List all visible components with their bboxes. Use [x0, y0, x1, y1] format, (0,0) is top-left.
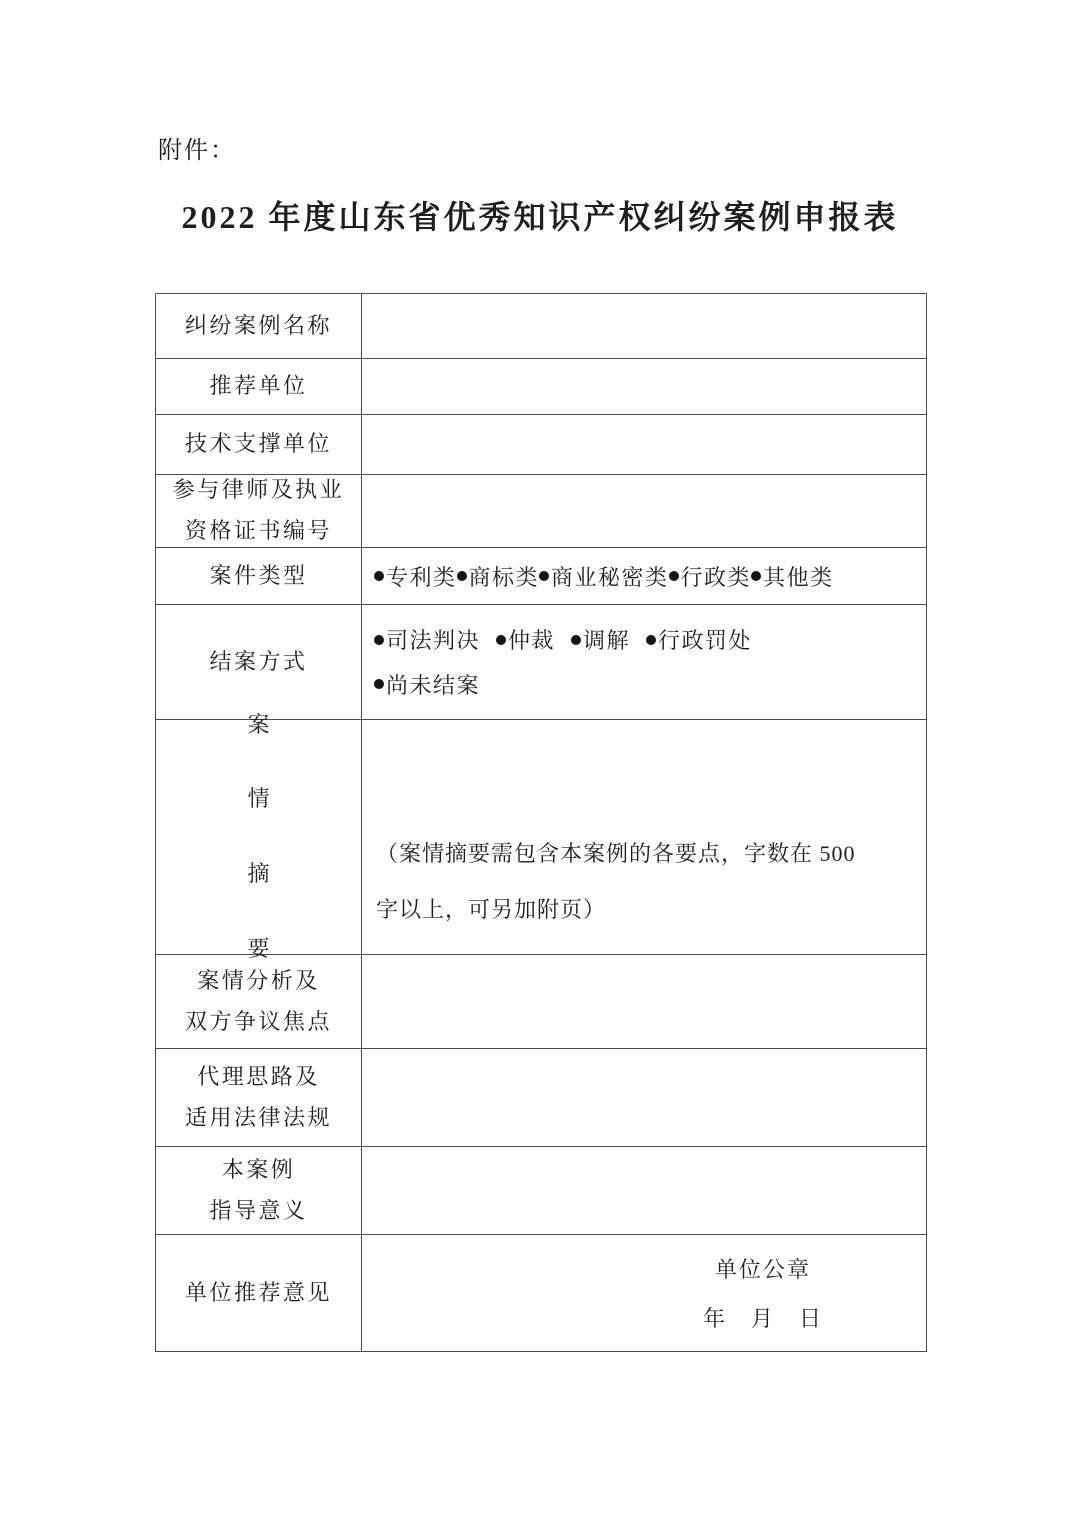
- radio-bullet-icon: [646, 635, 656, 645]
- option-label: 调解: [583, 624, 630, 655]
- unit-seal-label: 单位公章: [658, 1253, 868, 1284]
- case-summary-label: 案 情 摘 要: [156, 720, 362, 954]
- option-administrative-penalty: 行政罚处: [646, 624, 752, 655]
- radio-bullet-icon: [374, 679, 384, 689]
- option-label: 商业秘密类: [551, 561, 669, 592]
- date-label: 年 月 日: [658, 1302, 868, 1333]
- option-label: 其他类: [763, 561, 834, 592]
- radio-bullet-icon: [571, 635, 581, 645]
- radio-bullet-icon: [374, 635, 384, 645]
- closing-method-options: 司法判决 仲裁 调解 行政罚处 尚未结案: [362, 605, 926, 719]
- option-label: 仲裁: [508, 624, 555, 655]
- recommending-unit-field: [362, 359, 926, 414]
- attachment-label: 附件：: [158, 130, 236, 165]
- option-label: 行政类: [681, 561, 752, 592]
- option-label: 司法判决: [386, 624, 480, 655]
- option-arbitration: 仲裁: [496, 624, 555, 655]
- unit-recommendation-field: 单位公章 年 月 日: [362, 1235, 926, 1351]
- vertical-label-char: 案: [247, 705, 269, 746]
- table-row-case-type: 案件类型 专利类 商标类 商业秘密类 行政类 其他类: [156, 547, 926, 604]
- option-not-closed: 尚未结案: [374, 669, 480, 700]
- case-type-options: 专利类 商标类 商业秘密类 行政类 其他类: [362, 548, 926, 604]
- tech-support-unit-field: [362, 415, 926, 474]
- option-mediation: 调解: [571, 624, 630, 655]
- page-title: 2022 年度山东省优秀知识产权纠纷案例申报表: [0, 192, 1080, 238]
- option-trademark: 商标类: [457, 561, 540, 592]
- option-label: 商标类: [469, 561, 540, 592]
- radio-bullet-icon: [496, 635, 506, 645]
- table-row-closing-method: 结案方式 司法判决 仲裁 调解 行政罚处 尚未结案: [156, 604, 926, 719]
- case-analysis-label: 案情分析及 双方争议焦点: [156, 955, 362, 1048]
- case-summary-note: （案情摘要需包含本案例的各要点，字数在 500 字以上，可另加附页）: [376, 826, 856, 938]
- radio-bullet-icon: [751, 571, 761, 581]
- case-name-label: 纠纷案例名称: [156, 294, 362, 358]
- radio-bullet-icon: [539, 571, 549, 581]
- option-label: 尚未结案: [386, 669, 480, 700]
- tech-support-unit-label: 技术支撑单位: [156, 415, 362, 474]
- radio-bullet-icon: [669, 571, 679, 581]
- table-row-unit-recommendation: 单位推荐意见 单位公章 年 月 日: [156, 1234, 926, 1351]
- table-row-recommending-unit: 推荐单位: [156, 358, 926, 414]
- case-type-label: 案件类型: [156, 548, 362, 604]
- application-form-table: 纠纷案例名称 推荐单位 技术支撑单位 参与律师及执业 资格证书编号 案件类型 专…: [155, 293, 927, 1352]
- option-trade-secret: 商业秘密类: [539, 561, 669, 592]
- radio-bullet-icon: [457, 571, 467, 581]
- table-row-case-name: 纠纷案例名称: [156, 294, 926, 358]
- option-label: 专利类: [386, 561, 457, 592]
- closing-method-label: 结案方式: [156, 605, 362, 719]
- option-other: 其他类: [751, 561, 834, 592]
- case-name-field: [362, 294, 926, 358]
- table-row-guiding-significance: 本案例 指导意义: [156, 1146, 926, 1234]
- lawyers-field: [362, 475, 926, 547]
- recommending-unit-label: 推荐单位: [156, 359, 362, 414]
- guiding-significance-label: 本案例 指导意义: [156, 1147, 362, 1234]
- table-row-agency-approach: 代理思路及 适用法律法规: [156, 1048, 926, 1146]
- table-row-lawyers: 参与律师及执业 资格证书编号: [156, 474, 926, 547]
- agency-approach-field: [362, 1049, 926, 1146]
- option-patent: 专利类: [374, 561, 457, 592]
- unit-recommendation-label: 单位推荐意见: [156, 1235, 362, 1351]
- table-row-case-summary: 案 情 摘 要 （案情摘要需包含本案例的各要点，字数在 500 字以上，可另加附…: [156, 719, 926, 954]
- lawyers-label: 参与律师及执业 资格证书编号: [156, 475, 362, 547]
- table-row-case-analysis: 案情分析及 双方争议焦点: [156, 954, 926, 1048]
- agency-approach-label: 代理思路及 适用法律法规: [156, 1049, 362, 1146]
- radio-bullet-icon: [374, 571, 384, 581]
- guiding-significance-field: [362, 1147, 926, 1234]
- vertical-label-char: 情: [247, 779, 269, 820]
- case-analysis-field: [362, 955, 926, 1048]
- case-summary-field: （案情摘要需包含本案例的各要点，字数在 500 字以上，可另加附页）: [362, 720, 926, 954]
- table-row-tech-support-unit: 技术支撑单位: [156, 414, 926, 474]
- option-administrative: 行政类: [669, 561, 752, 592]
- vertical-label-char: 摘: [247, 854, 269, 895]
- option-judicial-judgment: 司法判决: [374, 624, 480, 655]
- option-label: 行政罚处: [658, 624, 752, 655]
